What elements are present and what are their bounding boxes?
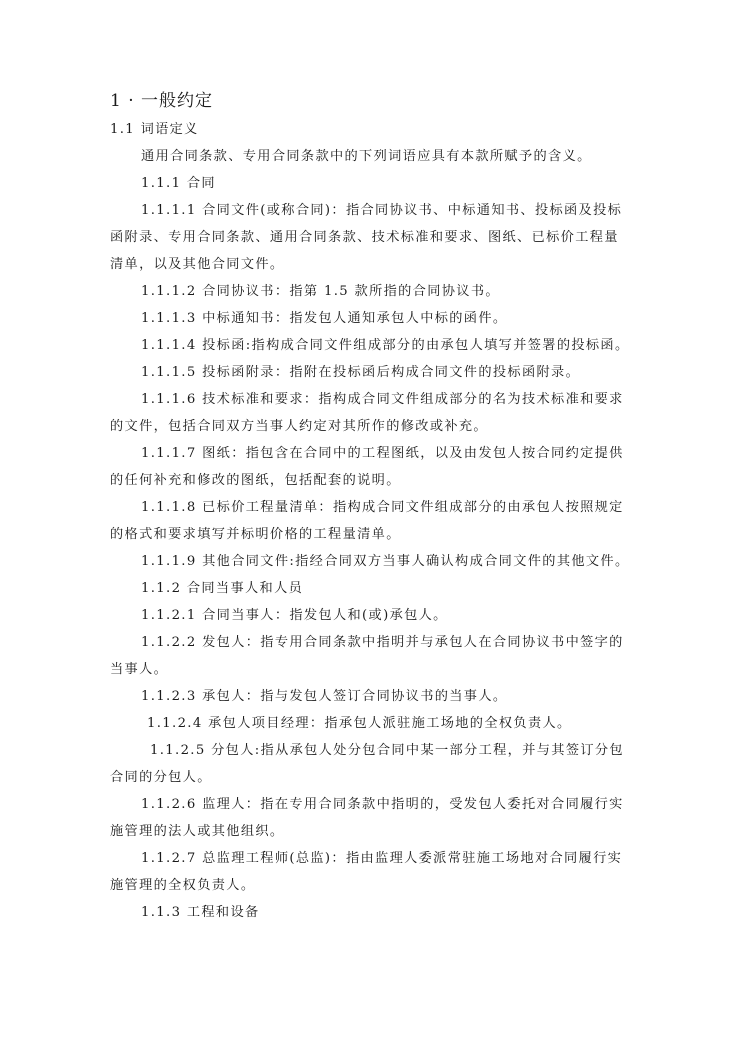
text-line: 1.1.1.8 已标价工程量清单：指构成合同文件组成部分的由承包人按照规定: [110, 494, 634, 521]
text-line: 1.1.1.1 合同文件(或称合同)：指合同协议书、中标通知书、投标函及投标: [110, 197, 634, 224]
text-line: 的任何补充和修改的图纸，包括配套的说明。: [110, 467, 634, 494]
text-line: 1.1.2.5 分包人:指从承包人处分包合同中某一部分工程，并与其签订分包: [110, 737, 634, 764]
text-line: 1.1.1.7 图纸：指包含在合同中的工程图纸，以及由发包人按合同约定提供: [110, 440, 634, 467]
text-line: 施管理的全权负责人。: [110, 872, 634, 899]
text-line: 1.1 词语定义: [110, 116, 634, 143]
text-line: 当事人。: [110, 656, 634, 683]
text-line: 通用合同条款、专用合同条款中的下列词语应具有本款所赋予的含义。: [110, 143, 634, 170]
text-line: 1.1.1 合同: [110, 170, 634, 197]
document-page: 1 · 一般约定 1.1 词语定义通用合同条款、专用合同条款中的下列词语应具有本…: [110, 86, 634, 926]
text-line: 1.1.1.5 投标函附录：指附在投标函后构成合同文件的投标函附录。: [110, 359, 634, 386]
text-line: 1.1.3 工程和设备: [110, 899, 634, 926]
text-line: 施管理的法人或其他组织。: [110, 818, 634, 845]
text-line: 1.1.1.2 合同协议书：指第 1.5 款所指的合同协议书。: [110, 278, 634, 305]
text-line: 1.1.2.6 监理人：指在专用合同条款中指明的，受发包人委托对合同履行实: [110, 791, 634, 818]
section-heading: 1 · 一般约定: [110, 86, 634, 116]
text-line: 的文件，包括合同双方当事人约定对其所作的修改或补充。: [110, 413, 634, 440]
document-body: 1.1 词语定义通用合同条款、专用合同条款中的下列词语应具有本款所赋予的含义。1…: [110, 116, 634, 926]
text-line: 1.1.2.4 承包人项目经理：指承包人派驻施工场地的全权负责人。: [110, 710, 634, 737]
text-line: 1.1.1.6 技术标准和要求：指构成合同文件组成部分的名为技术标准和要求: [110, 386, 634, 413]
text-line: 清单，以及其他合同文件。: [110, 251, 634, 278]
text-line: 1.1.2 合同当事人和人员: [110, 575, 634, 602]
text-line: 1.1.2.7 总监理工程师(总监)：指由监理人委派常驻施工场地对合同履行实: [110, 845, 634, 872]
text-line: 1.1.1.9 其他合同文件:指经合同双方当事人确认构成合同文件的其他文件。: [110, 548, 634, 575]
text-line: 1.1.2.3 承包人：指与发包人签订合同协议书的当事人。: [110, 683, 634, 710]
text-line: 合同的分包人。: [110, 764, 634, 791]
text-line: 1.1.1.3 中标通知书：指发包人通知承包人中标的函件。: [110, 305, 634, 332]
text-line: 1.1.1.4 投标函:指构成合同文件组成部分的由承包人填写并签署的投标函。: [110, 332, 634, 359]
text-line: 1.1.2.1 合同当事人：指发包人和(或)承包人。: [110, 602, 634, 629]
text-line: 函附录、专用合同条款、通用合同条款、技术标准和要求、图纸、已标价工程量: [110, 224, 634, 251]
text-line: 1.1.2.2 发包人：指专用合同条款中指明并与承包人在合同协议书中签字的: [110, 629, 634, 656]
text-line: 的格式和要求填写并标明价格的工程量清单。: [110, 521, 634, 548]
